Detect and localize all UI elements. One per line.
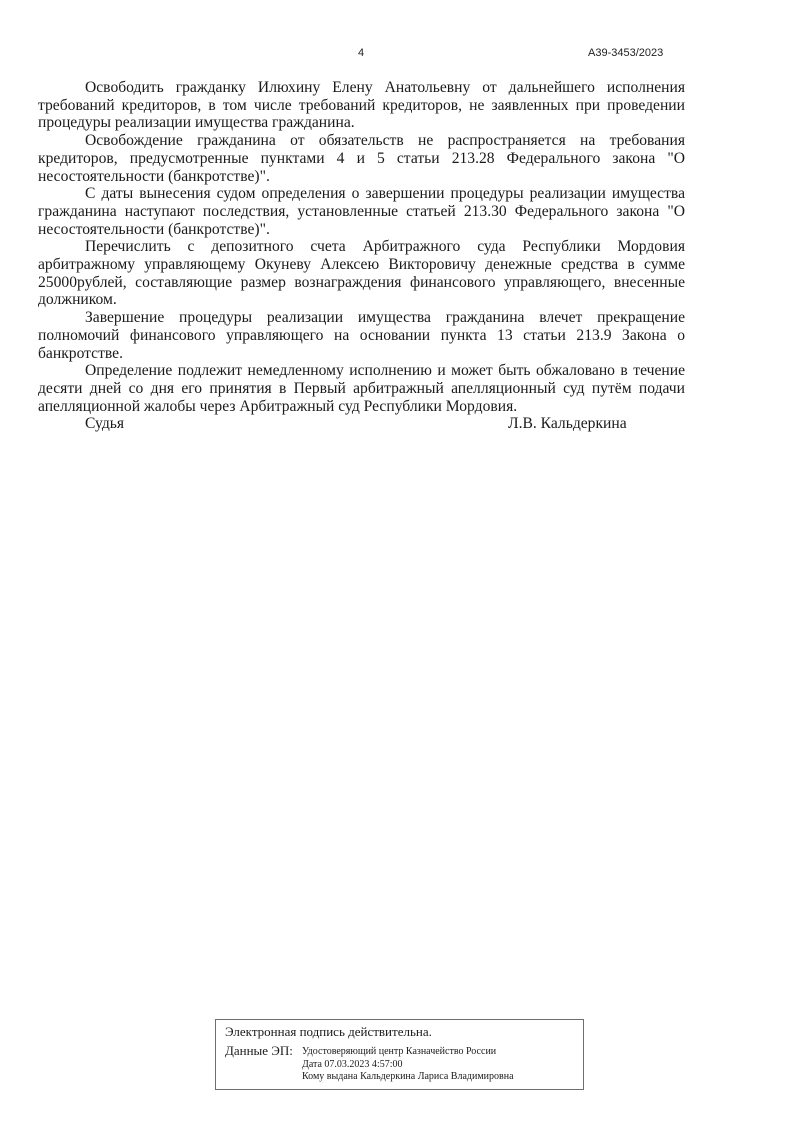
document-body: Освободить гражданку Илюхину Елену Анато…: [38, 79, 685, 433]
paragraph-release-from-creditors: Освободить гражданку Илюхину Елену Анато…: [38, 79, 685, 132]
case-number: А39-3453/2023: [588, 47, 663, 59]
signature-line: Судья Л.В. Кальдеркина: [38, 415, 685, 433]
page-number: 4: [358, 47, 364, 59]
paragraph-fee-transfer: Перечислить с депозитного счета Арбитраж…: [38, 238, 685, 309]
esig-date: Дата 07.03.2023 4:57:00: [302, 1059, 514, 1072]
judge-role: Судья: [85, 415, 124, 433]
esig-title: Электронная подпись действительна.: [225, 1024, 432, 1040]
esig-issued-to: Кому выдана Кальдеркина Лариса Владимиро…: [302, 1071, 514, 1084]
esig-issuer: Удостоверяющий центр Казначейство России: [302, 1046, 514, 1059]
paragraph-appeal: Определение подлежит немедленному исполн…: [38, 362, 685, 415]
electronic-signature-stamp: Электронная подпись действительна. Данны…: [215, 1019, 584, 1090]
judge-name: Л.В. Кальдеркина: [508, 415, 627, 433]
esig-label: Данные ЭП:: [225, 1043, 293, 1059]
paragraph-termination-of-powers: Завершение процедуры реализации имуществ…: [38, 309, 685, 362]
esig-details: Удостоверяющий центр Казначейство России…: [302, 1046, 514, 1084]
paragraph-exemption-limits: Освобождение гражданина от обязательств …: [38, 132, 685, 185]
paragraph-consequences: С даты вынесения судом определения о зав…: [38, 185, 685, 238]
